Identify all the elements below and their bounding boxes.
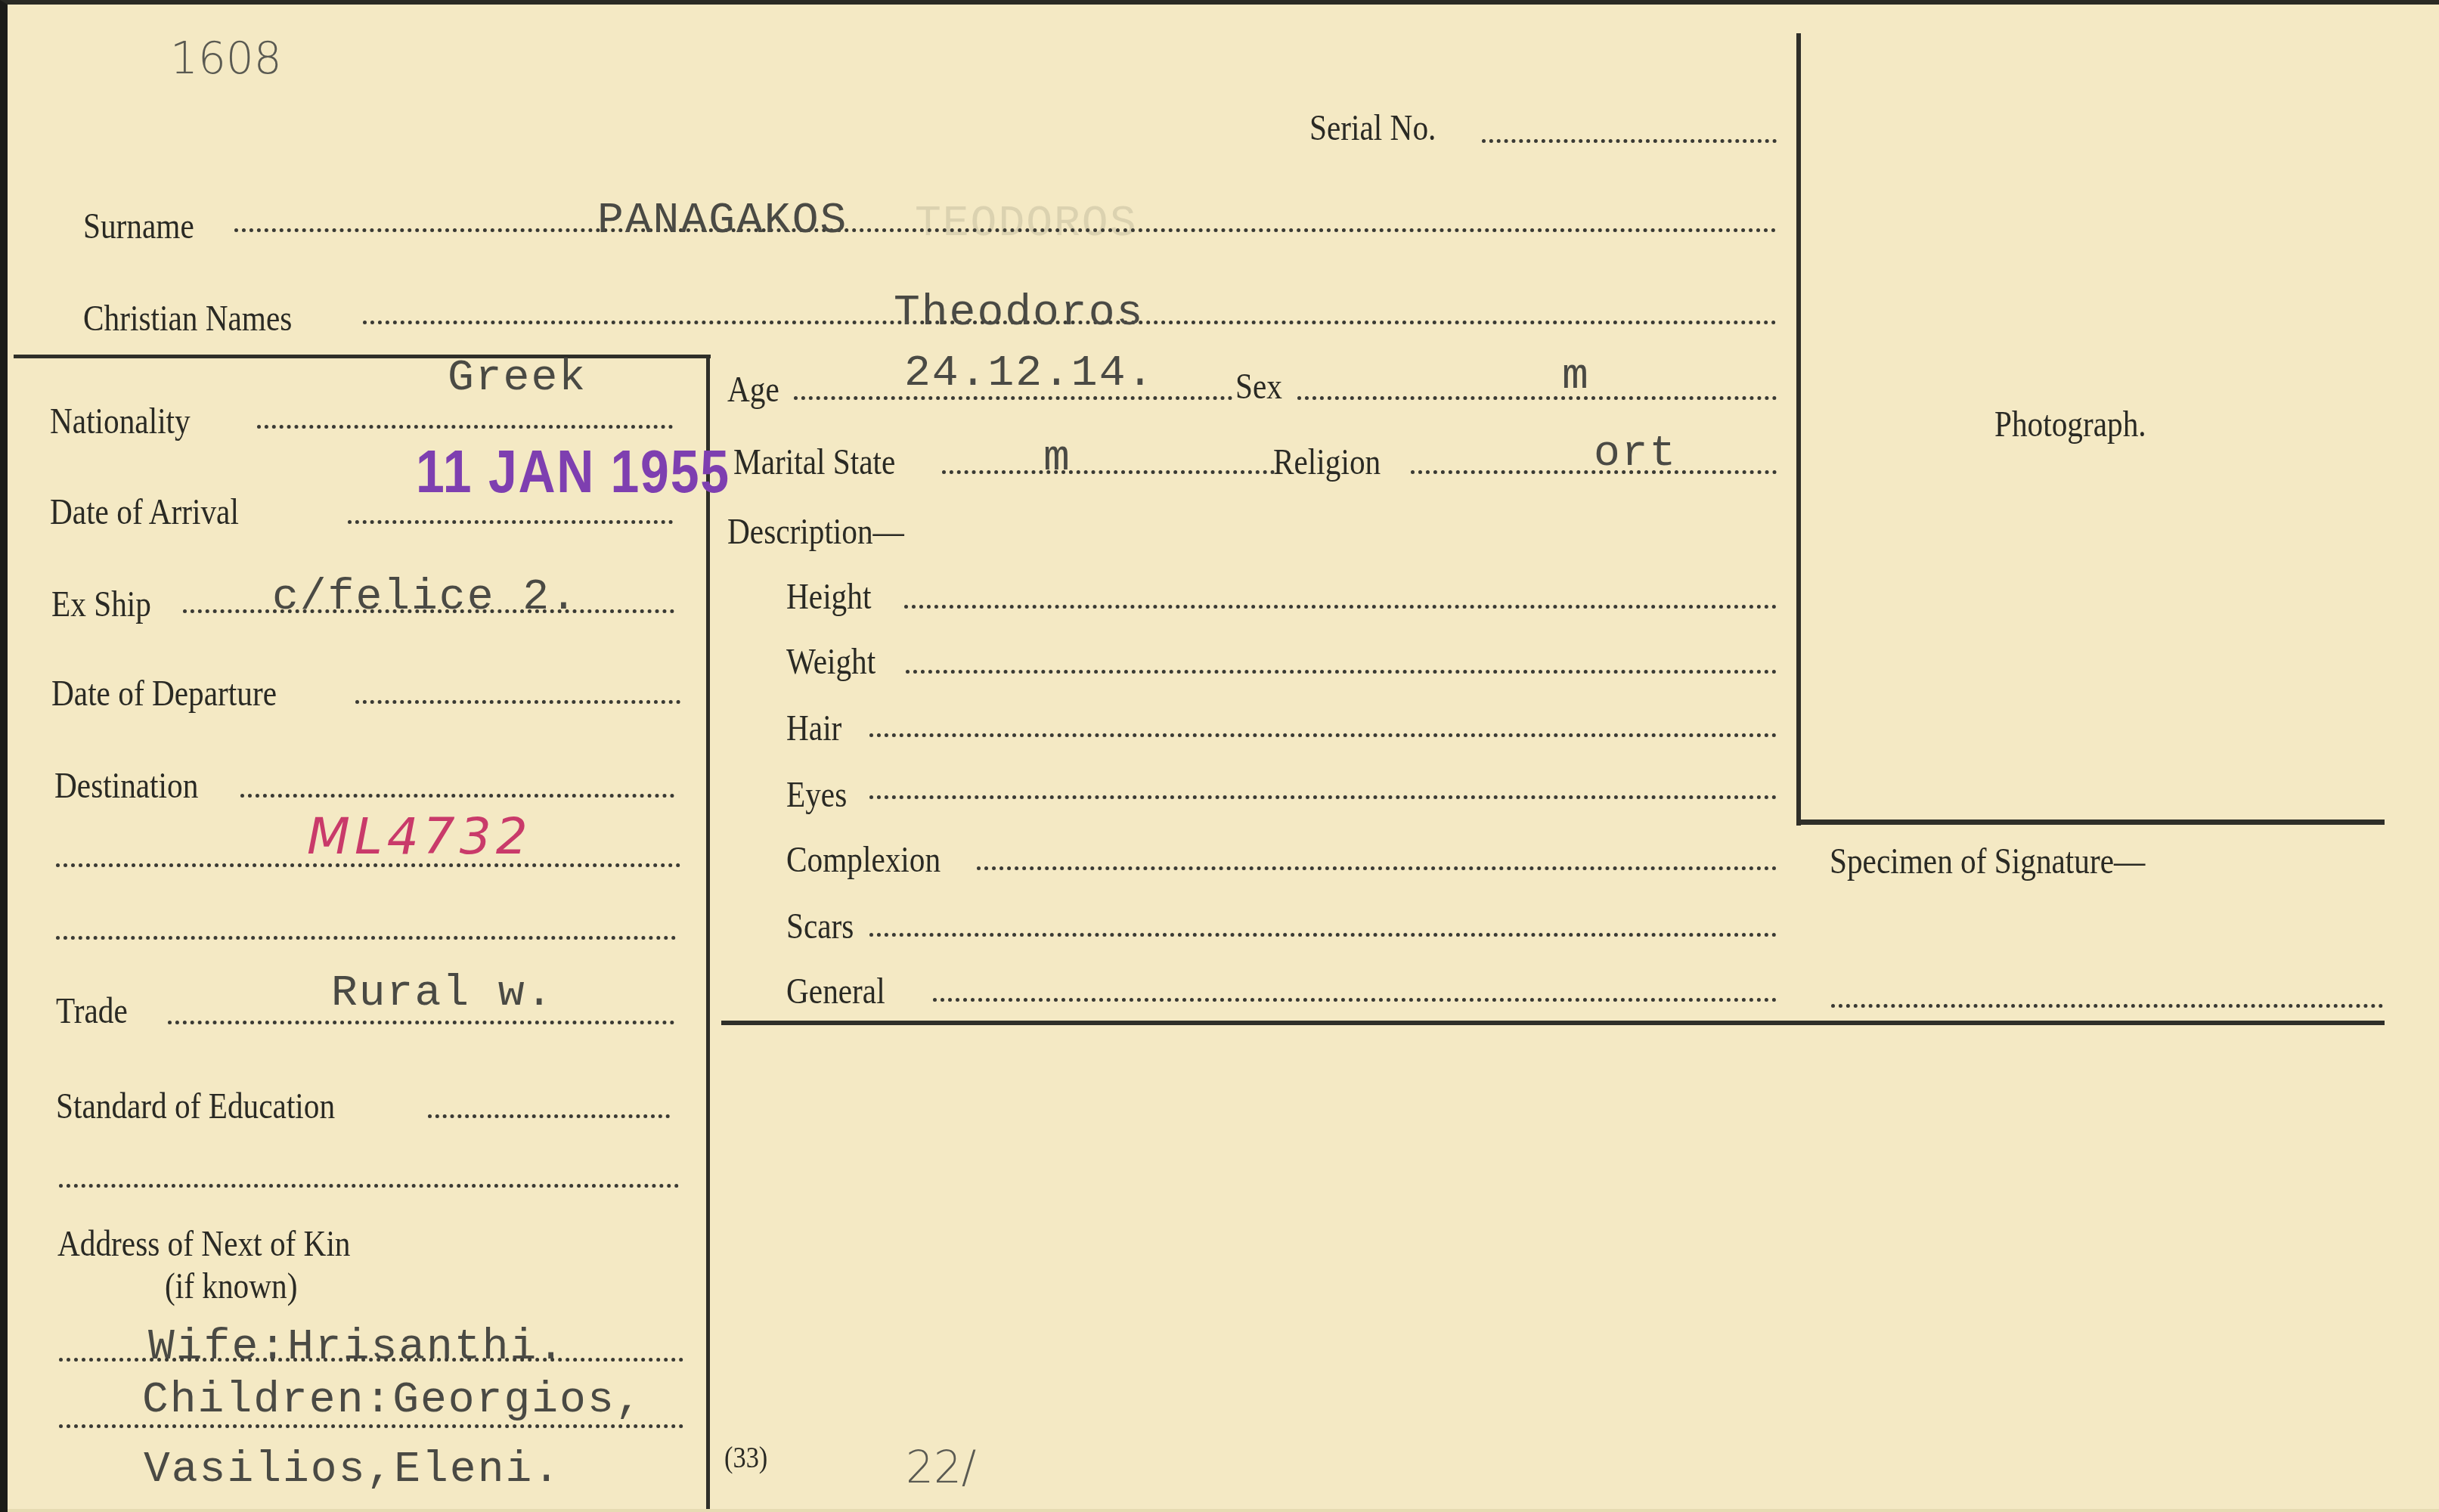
ex-ship-label: Ex Ship	[51, 587, 151, 623]
date-of-departure-label: Date of Departure	[51, 676, 277, 712]
standard-of-education-label: Standard of Education	[56, 1089, 335, 1125]
form-code: (33)	[724, 1442, 767, 1473]
serial-no-label: Serial No.	[1309, 110, 1436, 147]
surname-label: Surname	[83, 209, 194, 245]
destination-label: Destination	[54, 768, 198, 804]
hair-field[interactable]	[869, 733, 1777, 737]
marital-state-value: m	[1043, 437, 1071, 481]
sex-value: m	[1562, 355, 1590, 399]
age-value: 24.12.14.	[904, 352, 1154, 396]
hair-label: Hair	[786, 711, 841, 747]
weight-label: Weight	[786, 644, 875, 680]
age-field[interactable]	[794, 396, 1232, 400]
complexion-label: Complexion	[786, 842, 941, 878]
destination-field[interactable]	[240, 794, 674, 798]
left-panel-top-border	[14, 355, 711, 358]
date-of-arrival-label: Date of Arrival	[50, 494, 239, 531]
signature-label: Specimen of Signature—	[1830, 844, 2145, 880]
scars-label: Scars	[786, 909, 854, 945]
standard-of-education-field-line-2[interactable]	[59, 1184, 679, 1188]
description-label: Description—	[727, 514, 904, 550]
nationality-label: Nationality	[50, 404, 191, 440]
serial-no-field[interactable]	[1482, 139, 1777, 143]
nationality-field[interactable]	[257, 425, 673, 429]
arrival-date-stamp: 11 JAN 1955	[416, 442, 730, 502]
complexion-field[interactable]	[977, 866, 1777, 870]
destination-handwritten-note: ML4732	[307, 812, 532, 862]
religion-value: ort	[1594, 432, 1677, 476]
general-field[interactable]	[933, 998, 1777, 1002]
destination-field-line-2[interactable]	[56, 863, 680, 867]
reference-number: 22/	[906, 1445, 976, 1489]
destination-field-line-3[interactable]	[56, 936, 676, 940]
next-of-kin-line-2: Children:Georgios,	[142, 1379, 643, 1423]
age-label: Age	[727, 372, 779, 408]
next-of-kin-field-line-2[interactable]	[59, 1424, 683, 1428]
alien-registration-card: 1608 Serial No. Surname PANAGAKOS TEODOR…	[0, 0, 2439, 1512]
standard-of-education-field[interactable]	[428, 1114, 670, 1118]
sex-label: Sex	[1235, 369, 1282, 405]
date-of-arrival-field[interactable]	[348, 520, 673, 524]
next-of-kin-sublabel: (if known)	[165, 1269, 297, 1305]
general-label: General	[786, 974, 885, 1010]
next-of-kin-line-1: Wife:Hrisanthi.	[148, 1326, 566, 1370]
card-bottom-edge	[8, 1509, 2439, 1512]
photograph-box-bottom-border	[1796, 820, 2385, 825]
nationality-value: Greek	[448, 357, 587, 401]
eyes-field[interactable]	[869, 795, 1777, 799]
date-of-departure-field[interactable]	[355, 700, 680, 704]
scars-field[interactable]	[869, 933, 1777, 937]
description-bottom-border	[721, 1021, 2385, 1025]
trade-field[interactable]	[168, 1021, 674, 1024]
surname-ghost-text: TEODOROS	[915, 203, 1137, 246]
height-label: Height	[786, 579, 871, 615]
marital-state-field[interactable]	[942, 470, 1275, 474]
christian-names-value: Theodoros	[894, 292, 1144, 336]
weight-field[interactable]	[906, 670, 1777, 674]
ex-ship-value: c/felice 2.	[272, 576, 578, 620]
trade-label: Trade	[56, 993, 128, 1030]
height-field[interactable]	[904, 605, 1777, 609]
next-of-kin-field-line-1[interactable]	[59, 1358, 683, 1362]
left-panel-right-border	[706, 355, 710, 1512]
sex-field[interactable]	[1297, 396, 1777, 400]
trade-value: Rural w.	[331, 972, 553, 1016]
next-of-kin-line-3: Vasilios,Eleni.	[144, 1448, 561, 1492]
eyes-label: Eyes	[786, 777, 847, 813]
marital-state-label: Marital State	[733, 445, 895, 481]
signature-field[interactable]	[1831, 1004, 2383, 1008]
next-of-kin-label: Address of Next of Kin	[57, 1226, 351, 1263]
file-number: 1608	[170, 36, 282, 80]
religion-label: Religion	[1273, 445, 1381, 481]
photograph-box-left-border	[1796, 33, 1801, 826]
christian-names-label: Christian Names	[83, 301, 292, 337]
surname-value: PANAGAKOS	[597, 200, 848, 243]
photograph-label: Photograph.	[1994, 407, 2146, 443]
